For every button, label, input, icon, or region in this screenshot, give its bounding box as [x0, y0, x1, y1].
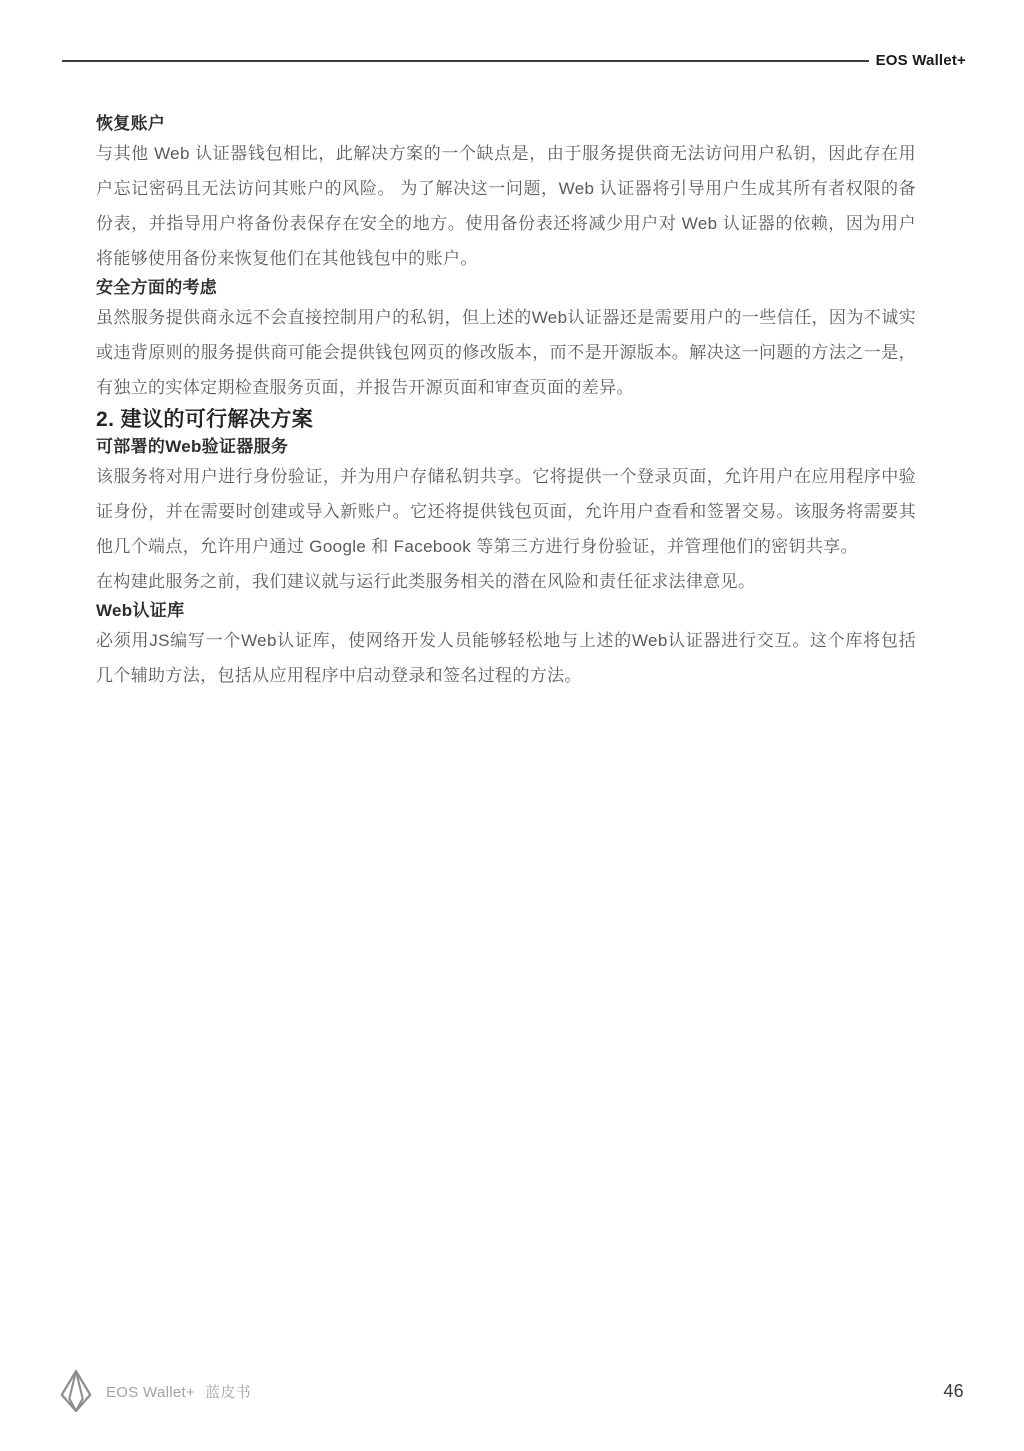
page-header: EOS Wallet+: [62, 52, 966, 69]
page-footer: EOS Wallet+蓝皮书 46: [57, 1368, 964, 1414]
page-number: 46: [943, 1381, 964, 1402]
paragraph-security-considerations: 虽然服务提供商永远不会直接控制用户的私钥，但上述的Web认证器还是需要用户的一些…: [96, 300, 916, 405]
paragraph-deployable-service-2: 在构建此服务之前，我们建议就与运行此类服务相关的潜在风险和责任征求法律意见。: [96, 564, 916, 599]
footer-doc-label: 蓝皮书: [205, 1384, 251, 1401]
document-body: 恢复账户 与其他 Web 认证器钱包相比，此解决方案的一个缺点是，由于服务提供商…: [96, 112, 916, 693]
footer-brand-label: EOS Wallet+: [106, 1384, 195, 1401]
eos-logo-icon: [57, 1368, 95, 1414]
footer-doc-title: EOS Wallet+蓝皮书: [106, 1381, 251, 1402]
paragraph-deployable-service-1: 该服务将对用户进行身份验证，并为用户存储私钥共享。它将提供一个登录页面，允许用户…: [96, 459, 916, 564]
heading-recover-account: 恢复账户: [96, 112, 916, 136]
header-brand-label: EOS Wallet+: [876, 52, 966, 69]
document-page: EOS Wallet+ 恢复账户 与其他 Web 认证器钱包相比，此解决方案的一…: [0, 0, 1024, 1451]
heading-chapter-2: 2. 建议的可行解决方案: [96, 405, 916, 435]
paragraph-web-auth-library: 必须用JS编写一个Web认证库，使网络开发人员能够轻松地与上述的Web认证器进行…: [96, 623, 916, 693]
heading-security-considerations: 安全方面的考虑: [96, 276, 916, 300]
heading-deployable-web-authenticator: 可部署的Web验证器服务: [96, 435, 916, 459]
heading-web-auth-library: Web认证库: [96, 599, 916, 623]
header-rule: [62, 60, 869, 62]
paragraph-recover-account: 与其他 Web 认证器钱包相比，此解决方案的一个缺点是，由于服务提供商无法访问用…: [96, 136, 916, 276]
